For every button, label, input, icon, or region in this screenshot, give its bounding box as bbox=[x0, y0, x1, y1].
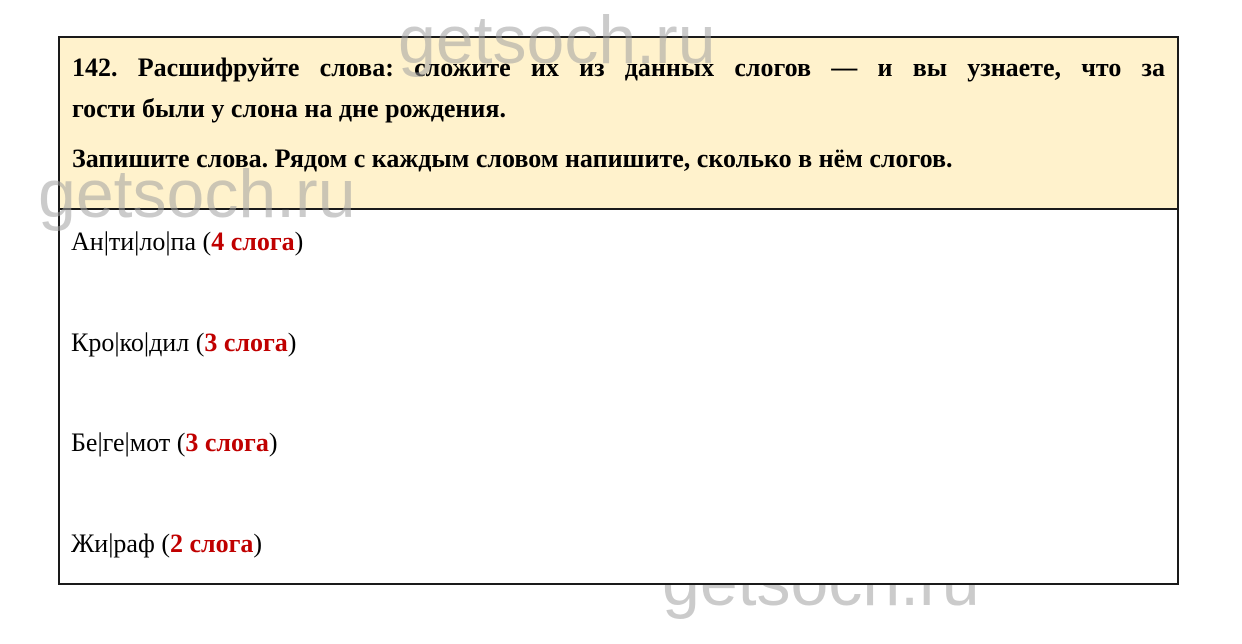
task-header: 142. Расшифруйте слова: сложите их из да… bbox=[60, 38, 1177, 210]
answer-word: Жи|раф bbox=[71, 529, 155, 558]
answer-paren-close: ) bbox=[269, 428, 278, 457]
syllable-count: 4 слога bbox=[211, 227, 294, 256]
answer-paren-close: ) bbox=[295, 227, 304, 256]
answer-paren-open: ( bbox=[189, 328, 204, 357]
answer-item: Жи|раф (2 слога) bbox=[71, 529, 262, 559]
task-instruction-line-3: Запишите слова. Рядом с каждым словом на… bbox=[72, 134, 1165, 184]
answer-paren-open: ( bbox=[155, 529, 170, 558]
task-instruction-line-2: гости были у слона на дне рождения. bbox=[72, 84, 1165, 134]
syllable-count: 3 слога bbox=[204, 328, 287, 357]
answer-paren-close: ) bbox=[253, 529, 262, 558]
task-instruction-line-1: 142. Расшифруйте слова: сложите их из да… bbox=[72, 52, 1165, 84]
answer-word: Бе|ге|мот bbox=[71, 428, 170, 457]
answer-paren-open: ( bbox=[170, 428, 185, 457]
answer-body: Ан|ти|ло|па (4 слога) Кро|ко|дил (3 слог… bbox=[60, 210, 1177, 583]
answer-item: Кро|ко|дил (3 слога) bbox=[71, 328, 296, 358]
answer-paren-close: ) bbox=[288, 328, 297, 357]
syllable-count: 2 слога bbox=[170, 529, 253, 558]
task-table: 142. Расшифруйте слова: сложите их из да… bbox=[58, 36, 1179, 585]
answer-word: Кро|ко|дил bbox=[71, 328, 189, 357]
answer-paren-open: ( bbox=[196, 227, 211, 256]
answer-item: Бе|ге|мот (3 слога) bbox=[71, 428, 278, 458]
answer-word: Ан|ти|ло|па bbox=[71, 227, 196, 256]
answer-item: Ан|ти|ло|па (4 слога) bbox=[71, 227, 303, 257]
syllable-count: 3 слога bbox=[185, 428, 268, 457]
